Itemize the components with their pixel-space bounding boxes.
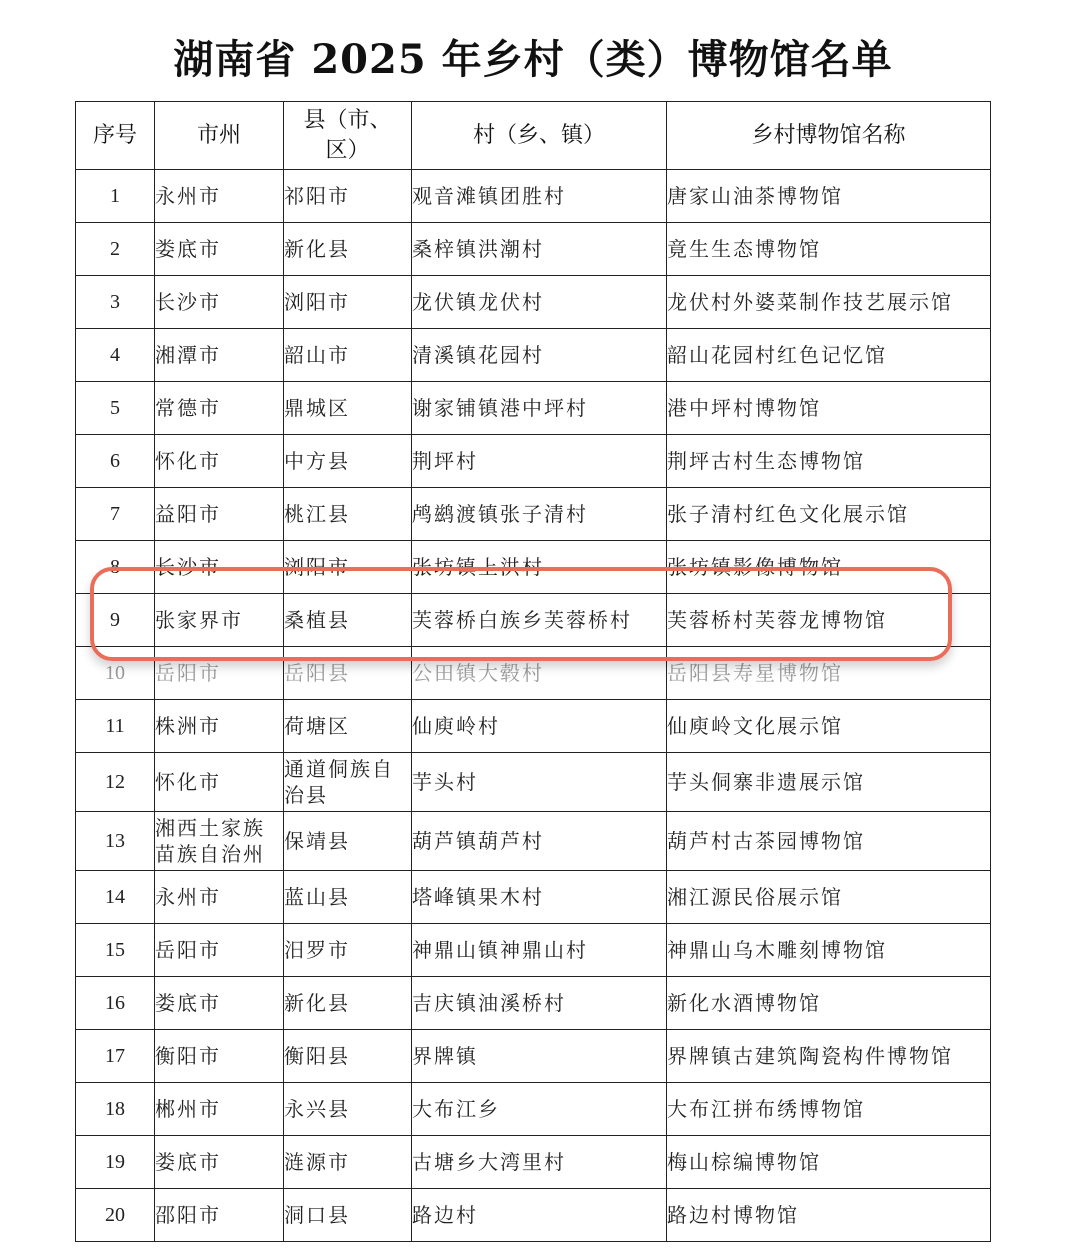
cell-city: 邵阳市	[155, 1189, 284, 1242]
cell-county: 桃江县	[284, 488, 412, 541]
table-row: 16娄底市新化县吉庆镇油溪桥村新化水酒博物馆	[76, 977, 991, 1030]
cell-county: 祁阳市	[284, 170, 412, 223]
cell-no: 8	[76, 541, 155, 594]
cell-village: 仙庾岭村	[412, 700, 667, 753]
header-museum-name: 乡村博物馆名称	[667, 102, 991, 170]
cell-village: 古塘乡大湾里村	[412, 1136, 667, 1189]
cell-county: 衡阳县	[284, 1030, 412, 1083]
cell-museum-name: 神鼎山乌木雕刻博物馆	[667, 924, 991, 977]
table-row: 20邵阳市洞口县路边村路边村博物馆	[76, 1189, 991, 1242]
cell-museum-name: 荆坪古村生态博物馆	[667, 435, 991, 488]
table-row: 7益阳市桃江县鸬鹚渡镇张子清村张子清村红色文化展示馆	[76, 488, 991, 541]
cell-museum-name: 仙庾岭文化展示馆	[667, 700, 991, 753]
table-row: 3长沙市浏阳市龙伏镇龙伏村龙伏村外婆菜制作技艺展示馆	[76, 276, 991, 329]
cell-county: 保靖县	[284, 812, 412, 871]
cell-village: 界牌镇	[412, 1030, 667, 1083]
cell-no: 11	[76, 700, 155, 753]
cell-city: 张家界市	[155, 594, 284, 647]
museum-list-table: 序号 市州 县（市、区） 村（乡、镇） 乡村博物馆名称 1永州市祁阳市观音滩镇团…	[75, 101, 991, 1242]
cell-no: 19	[76, 1136, 155, 1189]
cell-county: 新化县	[284, 223, 412, 276]
cell-museum-name: 唐家山油茶博物馆	[667, 170, 991, 223]
cell-county: 鼎城区	[284, 382, 412, 435]
cell-county: 浏阳市	[284, 541, 412, 594]
cell-city: 岳阳市	[155, 647, 284, 700]
header-no: 序号	[76, 102, 155, 170]
cell-village: 葫芦镇葫芦村	[412, 812, 667, 871]
cell-county: 浏阳市	[284, 276, 412, 329]
cell-no: 16	[76, 977, 155, 1030]
cell-no: 3	[76, 276, 155, 329]
table-row: 4湘潭市韶山市清溪镇花园村韶山花园村红色记忆馆	[76, 329, 991, 382]
cell-no: 6	[76, 435, 155, 488]
cell-city: 长沙市	[155, 276, 284, 329]
cell-museum-name: 张坊镇影像博物馆	[667, 541, 991, 594]
table-row: 12怀化市通道侗族自治县芋头村芋头侗寨非遗展示馆	[76, 753, 991, 812]
table-row: 13湘西土家族苗族自治州保靖县葫芦镇葫芦村葫芦村古茶园博物馆	[76, 812, 991, 871]
cell-museum-name: 湘江源民俗展示馆	[667, 871, 991, 924]
cell-city: 怀化市	[155, 435, 284, 488]
cell-city: 怀化市	[155, 753, 284, 812]
table-row: 2娄底市新化县桑梓镇洪潮村竟生生态博物馆	[76, 223, 991, 276]
table-row: 6怀化市中方县荆坪村荆坪古村生态博物馆	[76, 435, 991, 488]
cell-county: 岳阳县	[284, 647, 412, 700]
cell-city: 娄底市	[155, 1136, 284, 1189]
cell-county: 通道侗族自治县	[284, 753, 412, 812]
table-header-row: 序号 市州 县（市、区） 村（乡、镇） 乡村博物馆名称	[76, 102, 991, 170]
cell-county: 中方县	[284, 435, 412, 488]
cell-no: 5	[76, 382, 155, 435]
cell-no: 1	[76, 170, 155, 223]
cell-village: 神鼎山镇神鼎山村	[412, 924, 667, 977]
table-row: 17衡阳市衡阳县界牌镇界牌镇古建筑陶瓷构件博物馆	[76, 1030, 991, 1083]
cell-museum-name: 大布江拼布绣博物馆	[667, 1083, 991, 1136]
cell-no: 20	[76, 1189, 155, 1242]
table-row: 11株洲市荷塘区仙庾岭村仙庾岭文化展示馆	[76, 700, 991, 753]
cell-city: 岳阳市	[155, 924, 284, 977]
cell-county: 荷塘区	[284, 700, 412, 753]
cell-museum-name: 芋头侗寨非遗展示馆	[667, 753, 991, 812]
cell-city: 郴州市	[155, 1083, 284, 1136]
cell-no: 7	[76, 488, 155, 541]
cell-no: 12	[76, 753, 155, 812]
cell-village: 龙伏镇龙伏村	[412, 276, 667, 329]
cell-city: 永州市	[155, 170, 284, 223]
cell-village: 荆坪村	[412, 435, 667, 488]
cell-museum-name: 路边村博物馆	[667, 1189, 991, 1242]
cell-no: 14	[76, 871, 155, 924]
cell-city: 株洲市	[155, 700, 284, 753]
cell-museum-name: 界牌镇古建筑陶瓷构件博物馆	[667, 1030, 991, 1083]
table-row: 19娄底市涟源市古塘乡大湾里村梅山棕编博物馆	[76, 1136, 991, 1189]
table-row: 10岳阳市岳阳县公田镇大毂村岳阳县寿星博物馆	[76, 647, 991, 700]
cell-city: 长沙市	[155, 541, 284, 594]
cell-city: 娄底市	[155, 977, 284, 1030]
cell-no: 15	[76, 924, 155, 977]
cell-village: 芋头村	[412, 753, 667, 812]
cell-no: 13	[76, 812, 155, 871]
cell-museum-name: 韶山花园村红色记忆馆	[667, 329, 991, 382]
cell-no: 9	[76, 594, 155, 647]
cell-village: 路边村	[412, 1189, 667, 1242]
cell-county: 永兴县	[284, 1083, 412, 1136]
cell-city: 衡阳市	[155, 1030, 284, 1083]
cell-museum-name: 张子清村红色文化展示馆	[667, 488, 991, 541]
cell-museum-name: 龙伏村外婆菜制作技艺展示馆	[667, 276, 991, 329]
cell-county: 韶山市	[284, 329, 412, 382]
header-village: 村（乡、镇）	[412, 102, 667, 170]
cell-museum-name: 新化水酒博物馆	[667, 977, 991, 1030]
cell-county: 涟源市	[284, 1136, 412, 1189]
cell-museum-name: 竟生生态博物馆	[667, 223, 991, 276]
cell-county: 汨罗市	[284, 924, 412, 977]
page-title: 湖南省 2025 年乡村（类）博物馆名单	[0, 28, 1066, 85]
cell-county: 洞口县	[284, 1189, 412, 1242]
cell-county: 桑植县	[284, 594, 412, 647]
cell-village: 大布江乡	[412, 1083, 667, 1136]
cell-county: 蓝山县	[284, 871, 412, 924]
cell-city: 湘潭市	[155, 329, 284, 382]
table-row: 1永州市祁阳市观音滩镇团胜村唐家山油茶博物馆	[76, 170, 991, 223]
header-city: 市州	[155, 102, 284, 170]
cell-village: 桑梓镇洪潮村	[412, 223, 667, 276]
table-row: 14永州市蓝山县塔峰镇果木村湘江源民俗展示馆	[76, 871, 991, 924]
cell-no: 2	[76, 223, 155, 276]
table-row: 8长沙市浏阳市张坊镇上洪村张坊镇影像博物馆	[76, 541, 991, 594]
cell-city: 常德市	[155, 382, 284, 435]
cell-city: 永州市	[155, 871, 284, 924]
cell-city: 湘西土家族苗族自治州	[155, 812, 284, 871]
cell-village: 鸬鹚渡镇张子清村	[412, 488, 667, 541]
cell-village: 观音滩镇团胜村	[412, 170, 667, 223]
cell-village: 谢家铺镇港中坪村	[412, 382, 667, 435]
cell-village: 塔峰镇果木村	[412, 871, 667, 924]
header-county: 县（市、区）	[284, 102, 412, 170]
cell-museum-name: 芙蓉桥村芙蓉龙博物馆	[667, 594, 991, 647]
cell-museum-name: 葫芦村古茶园博物馆	[667, 812, 991, 871]
table-row: 15岳阳市汨罗市神鼎山镇神鼎山村神鼎山乌木雕刻博物馆	[76, 924, 991, 977]
cell-no: 17	[76, 1030, 155, 1083]
cell-village: 公田镇大毂村	[412, 647, 667, 700]
cell-no: 18	[76, 1083, 155, 1136]
cell-museum-name: 梅山棕编博物馆	[667, 1136, 991, 1189]
table-row: 9张家界市桑植县芙蓉桥白族乡芙蓉桥村芙蓉桥村芙蓉龙博物馆	[76, 594, 991, 647]
cell-city: 益阳市	[155, 488, 284, 541]
cell-no: 4	[76, 329, 155, 382]
cell-village: 吉庆镇油溪桥村	[412, 977, 667, 1030]
table-row: 18郴州市永兴县大布江乡大布江拼布绣博物馆	[76, 1083, 991, 1136]
cell-village: 芙蓉桥白族乡芙蓉桥村	[412, 594, 667, 647]
cell-no: 10	[76, 647, 155, 700]
cell-museum-name: 岳阳县寿星博物馆	[667, 647, 991, 700]
cell-village: 清溪镇花园村	[412, 329, 667, 382]
table-row: 5常德市鼎城区谢家铺镇港中坪村港中坪村博物馆	[76, 382, 991, 435]
cell-village: 张坊镇上洪村	[412, 541, 667, 594]
cell-city: 娄底市	[155, 223, 284, 276]
cell-museum-name: 港中坪村博物馆	[667, 382, 991, 435]
cell-county: 新化县	[284, 977, 412, 1030]
